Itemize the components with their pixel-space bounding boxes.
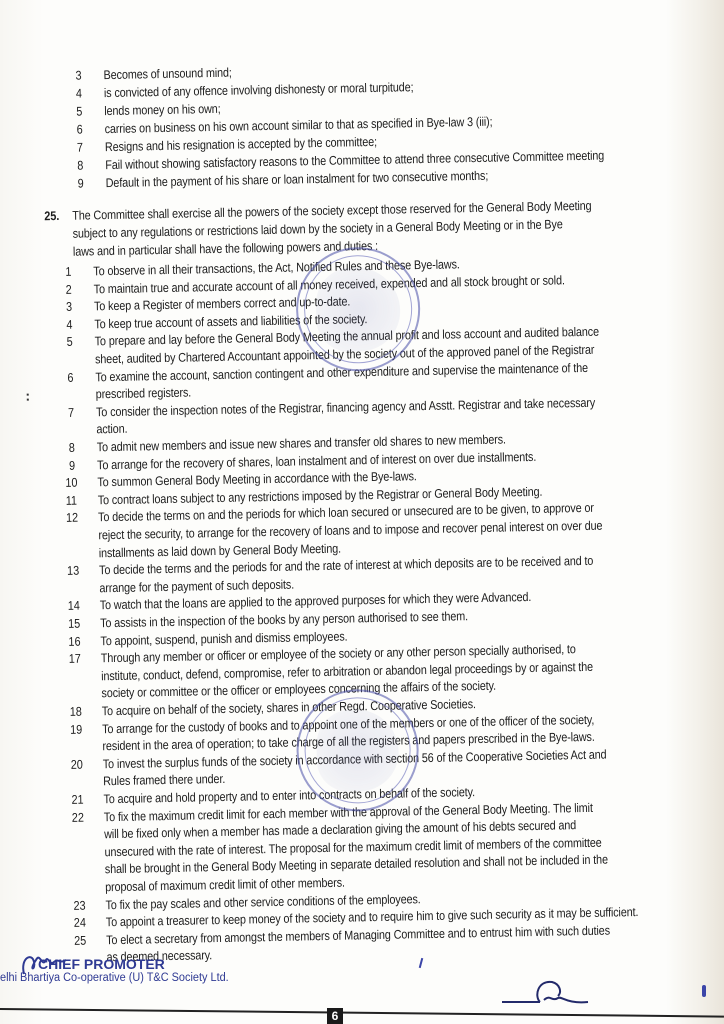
list-item: Default in the payment of his share or l… [106, 169, 489, 190]
list-number: 7 [77, 141, 83, 155]
list-number: 4 [66, 318, 72, 332]
list-item: lends money on his own; [104, 102, 220, 118]
list-number: 15 [68, 617, 80, 631]
ink-mark [702, 985, 706, 997]
list-item: arrange for the payment of such deposits… [99, 577, 294, 595]
list-number: 2 [66, 282, 72, 296]
list-item: installments as laid down by General Bod… [99, 541, 341, 560]
list-number: 18 [70, 705, 82, 719]
list-number: 13 [67, 564, 79, 578]
society-name: elhi Bhartiya Co-operative (U) T&C Socie… [0, 972, 229, 984]
list-number: 14 [68, 599, 80, 613]
margin-mark [27, 394, 29, 396]
list-number: 8 [77, 159, 83, 173]
list-number: 20 [71, 757, 83, 771]
list-number: 3 [66, 300, 72, 314]
list-item: prescribed registers. [96, 386, 192, 402]
list-item: Resigns and his resignation is accepted … [105, 135, 377, 154]
list-number: 3 [75, 69, 81, 83]
list-number: 4 [76, 87, 82, 101]
signatory-title: CHIEF PROMOTER [38, 956, 165, 972]
list-number: 21 [71, 793, 83, 807]
list-item: To appoint, suspend, punish and dismiss … [100, 629, 347, 648]
list-number: 7 [68, 406, 74, 420]
list-number: 6 [67, 370, 73, 384]
list-item: is convicted of any offence involving di… [104, 80, 414, 100]
list-number: 12 [66, 511, 78, 525]
list-item: To summon General Body Meeting in accord… [97, 469, 417, 489]
list-number: 24 [74, 916, 86, 930]
list-item: To fix the pay scales and other service … [105, 892, 420, 912]
page-number: 6 [327, 1008, 343, 1024]
list-number: 16 [68, 634, 80, 648]
list-number: 1 [65, 265, 71, 279]
list-number: 10 [65, 476, 77, 490]
list-item: proposal of maximum credit limit of othe… [105, 876, 345, 895]
list-number: 17 [69, 652, 81, 666]
powers-list: 1To observe in all their transactions, t… [0, 0, 714, 4]
list-number: 23 [73, 898, 85, 912]
list-item: action. [96, 422, 127, 437]
document-page: 3 Becomes of unsound mind; 4 is convicte… [0, 0, 724, 1024]
page-content: 3 Becomes of unsound mind; 4 is convicte… [0, 0, 724, 1024]
list-number: 22 [72, 810, 84, 824]
clause-number: 25. [44, 209, 59, 223]
list-number: 11 [66, 493, 78, 507]
list-number: 9 [78, 177, 84, 191]
list-item: To assists in the inspection of the book… [100, 609, 468, 630]
list-item: Becomes of unsound mind; [103, 66, 231, 82]
list-number: 9 [69, 458, 75, 472]
list-item: carries on business on his own account s… [104, 115, 492, 136]
list-number: 6 [76, 123, 82, 137]
list-number: 5 [67, 335, 73, 349]
list-number: 25 [74, 933, 86, 947]
signature-right [500, 970, 590, 1010]
list-number: 19 [70, 722, 82, 736]
list-number: 8 [69, 441, 75, 455]
list-item: Rules framed there under. [103, 772, 225, 788]
list-number: 5 [76, 105, 82, 119]
